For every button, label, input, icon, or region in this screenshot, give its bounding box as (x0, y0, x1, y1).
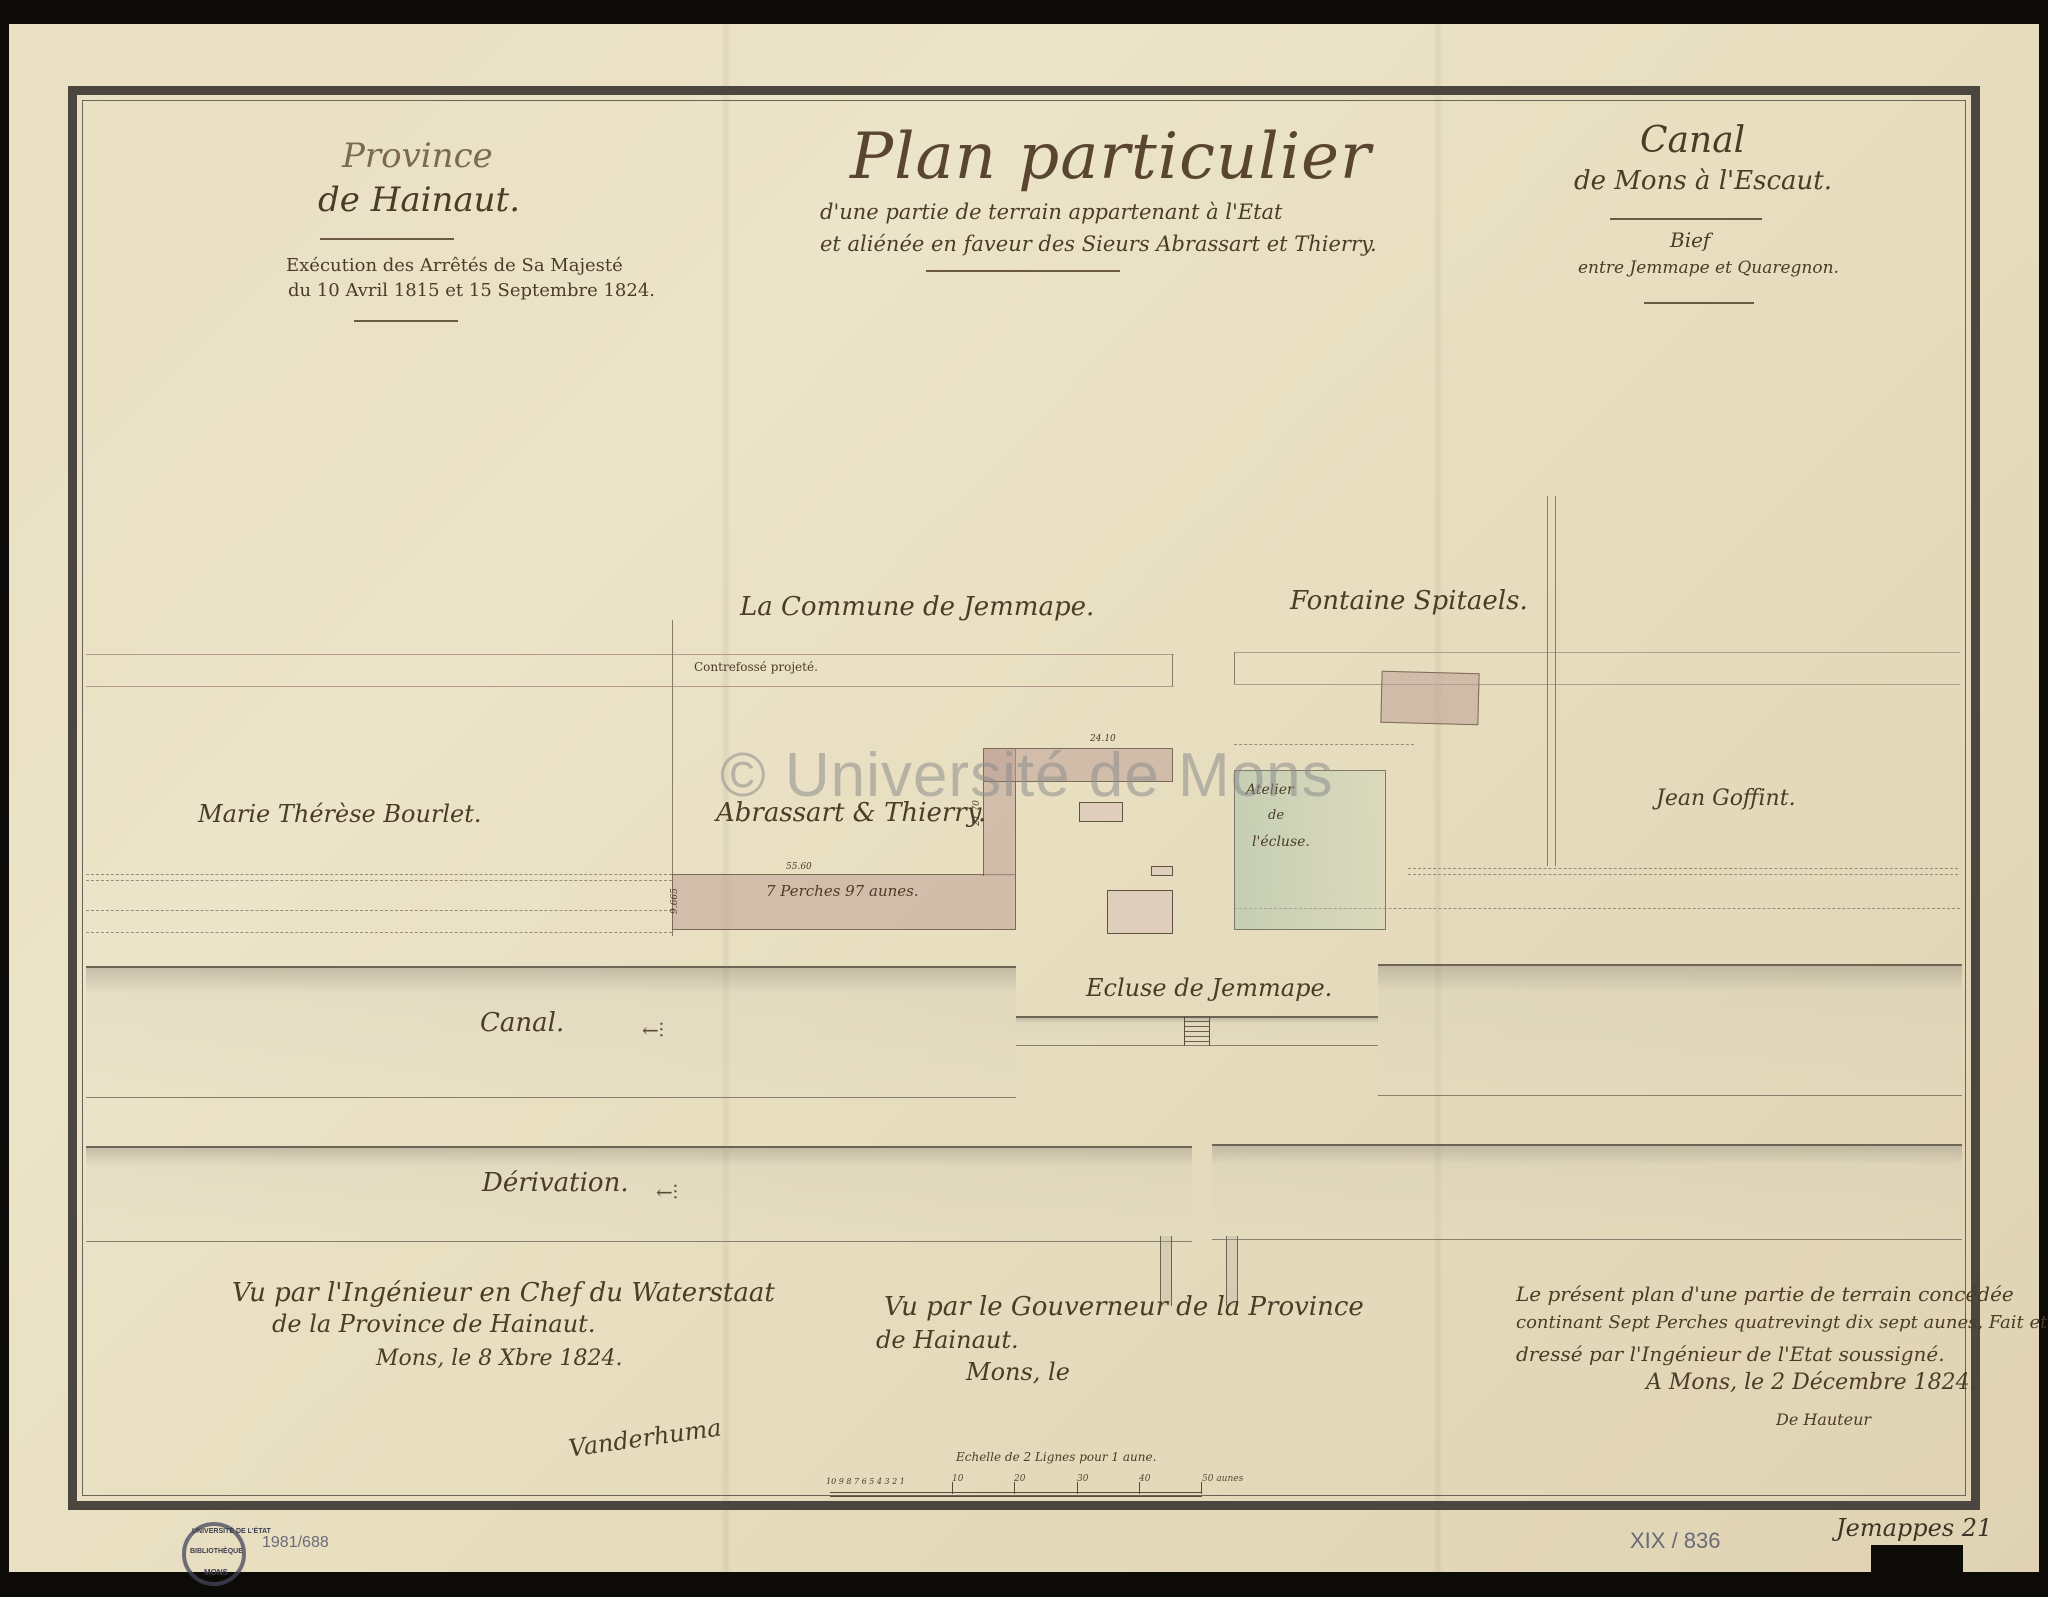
sheet-reference: Jemappes 21 (1836, 1514, 1992, 1542)
certification-line-2: continant Sept Perches quatrevingt dix s… (1516, 1312, 2047, 1333)
canal-east (1378, 964, 1962, 1096)
approval-line-1: Vu par l'Ingénieur en Chef du Waterstaat (232, 1278, 775, 1308)
bief-label: Bief (1670, 228, 1710, 252)
stamp-top-text: UNIVERSITÉ DE L'ÉTAT (192, 1528, 271, 1535)
scale-label: 30 (1077, 1474, 1088, 1484)
province-label: Province (342, 136, 493, 176)
lock-gate (1184, 1016, 1210, 1046)
boundary-line (86, 654, 1174, 655)
bief-description: entre Jemmape et Quaregnon. (1578, 258, 1839, 278)
divider-rule (354, 320, 458, 322)
approval-date: Mons, le 8 Xbre 1824. (376, 1346, 623, 1371)
certification-line-1: Le présent plan d'une partie de terrain … (1516, 1282, 2014, 1306)
province-name: de Hainaut. (318, 180, 520, 220)
flow-arrow-icon: ←⫶ (642, 1018, 664, 1042)
canal-name: de Mons à l'Escaut. (1574, 166, 1832, 196)
boundary-line (1234, 684, 1960, 685)
scale-label: 40 (1139, 1474, 1150, 1484)
dimension-bottom: 55.60 (786, 862, 812, 872)
scale-small-ticks: 10 9 8 7 6 5 4 3 2 1 (826, 1477, 905, 1486)
divider-rule (1644, 302, 1754, 304)
divider-rule (320, 238, 454, 240)
label-goffint: Jean Goffint. (1656, 786, 1796, 811)
label-derivation: Dérivation. (482, 1168, 629, 1198)
boundary-line (86, 686, 1174, 687)
scale-bar (830, 1492, 1202, 1497)
signature-engineer: De Hauteur (1776, 1410, 1871, 1429)
dimension-left: 9.665 (670, 888, 680, 914)
governor-date: Mons, le (966, 1358, 1070, 1386)
dashed-boundary (86, 874, 672, 875)
stamp-center-text: BIBLIOTHÈQUE (190, 1548, 243, 1555)
stamp-bottom-text: MONS (204, 1568, 228, 1577)
road-line (1555, 496, 1556, 866)
dashed-boundary (1408, 868, 1958, 869)
label-commune: La Commune de Jemmape. (740, 592, 1094, 622)
divider-rule (926, 270, 1120, 272)
inventory-number: 1981/688 (262, 1534, 329, 1552)
boundary-line (1234, 652, 1235, 684)
subtitle-line-1: d'une partie de terrain appartenant à l'… (820, 200, 1282, 224)
copyright-watermark: © Université de Mons (720, 740, 1334, 811)
scale-label: 50 aunes (1202, 1474, 1243, 1484)
road-line (1547, 496, 1548, 866)
label-fontaine: Fontaine Spitaels. (1290, 586, 1528, 616)
page-title: Plan particulier (850, 120, 1372, 194)
dashed-boundary (1408, 874, 1958, 875)
divider-rule (1610, 218, 1762, 220)
certification-date: A Mons, le 2 Décembre 1824. (1646, 1370, 1977, 1395)
dashed-boundary (86, 910, 672, 911)
scale-label: 10 (952, 1474, 963, 1484)
decree-line-2: du 10 Avril 1815 et 15 Septembre 1824. (288, 280, 655, 301)
subtitle-line-2: et aliénée en faveur des Sieurs Abrassar… (820, 232, 1377, 256)
boundary-line (1234, 652, 1960, 653)
derivation-west (86, 1146, 1192, 1242)
governor-line-2: de Hainaut. (876, 1326, 1019, 1354)
dashed-boundary (86, 880, 672, 881)
scan-edge (1871, 1545, 1963, 1597)
certification-line-3: dressé par l'Ingénieur de l'Etat soussig… (1516, 1342, 1945, 1366)
label-contrefosse: Contrefossé projeté. (694, 660, 818, 674)
call-number: XIX / 836 (1630, 1528, 1721, 1554)
dashed-boundary (86, 932, 672, 933)
scale-title: Echelle de 2 Lignes pour 1 aune. (956, 1450, 1156, 1464)
label-ecluse: Ecluse de Jemmape. (1086, 974, 1332, 1002)
scale-label: 20 (1014, 1474, 1025, 1484)
governor-line-1: Vu par le Gouverneur de la Province (884, 1292, 1364, 1322)
label-bourlet: Marie Thérèse Bourlet. (198, 800, 482, 828)
building-small (1107, 890, 1173, 934)
flow-arrow-icon: ←⫶ (656, 1180, 678, 1204)
building-fontaine (1380, 671, 1479, 726)
library-stamp: UNIVERSITÉ DE L'ÉTAT BIBLIOTHÈQUE MONS (182, 1522, 246, 1586)
label-parcel-area: 7 Perches 97 aunes. (766, 882, 919, 900)
label-canal: Canal. (480, 1008, 564, 1038)
label-atelier-ecluse: l'écluse. (1252, 834, 1310, 850)
derivation-east (1212, 1144, 1962, 1240)
canal-label: Canal (1640, 120, 1745, 161)
building-annex (1151, 866, 1173, 876)
approval-line-2: de la Province de Hainaut. (272, 1310, 595, 1338)
boundary-line (1172, 654, 1173, 686)
decree-line-1: Exécution des Arrêtés de Sa Majesté (286, 255, 623, 276)
